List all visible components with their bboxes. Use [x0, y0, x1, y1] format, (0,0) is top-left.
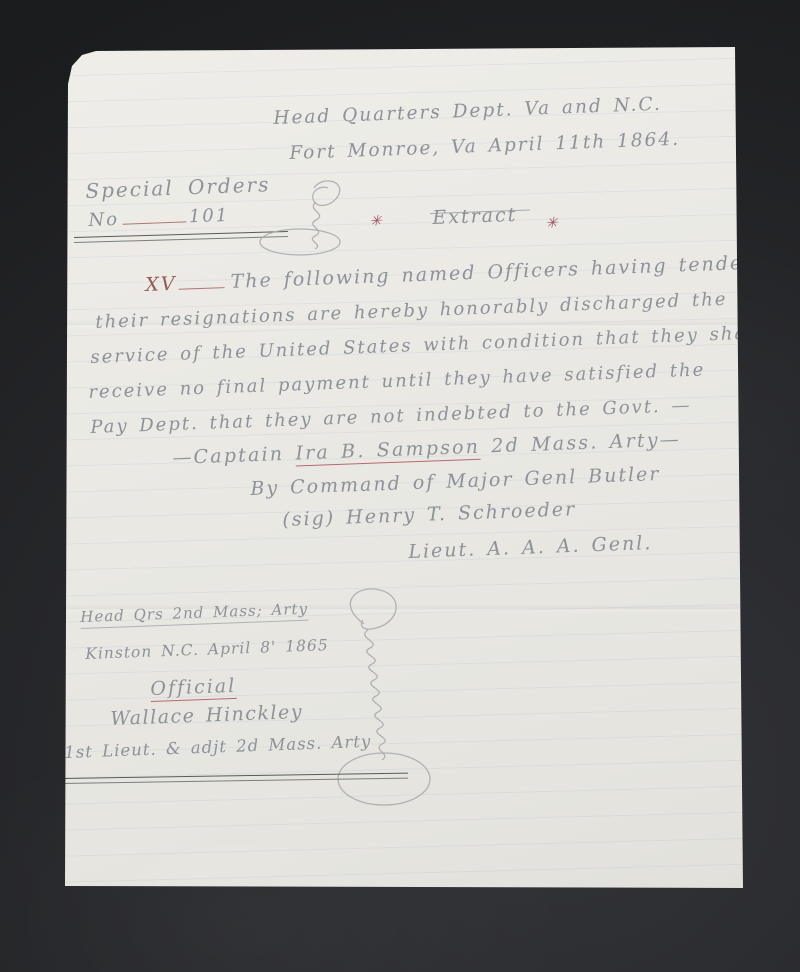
- photograph: Head Quarters Dept. Va and N.C. Fort Mon…: [0, 0, 800, 972]
- extract-label: Extract: [432, 204, 518, 229]
- paragraph-dash: [178, 275, 224, 290]
- official-label: Official: [150, 675, 237, 702]
- pen-flourish-bottom: [318, 582, 442, 820]
- order-number: 101: [189, 205, 230, 227]
- order-no-label: No: [88, 209, 119, 231]
- officer-prefix: —Captain: [172, 442, 296, 468]
- extract-asterisk-right: ✳: [545, 213, 560, 232]
- document-paper: Head Quarters Dept. Va and N.C. Fort Mon…: [0, 0, 800, 972]
- paragraph-number: XV: [145, 273, 177, 296]
- blank-underline: [122, 209, 186, 224]
- pen-flourish-top: [252, 172, 356, 260]
- extract-asterisk-left: ✳: [369, 211, 384, 230]
